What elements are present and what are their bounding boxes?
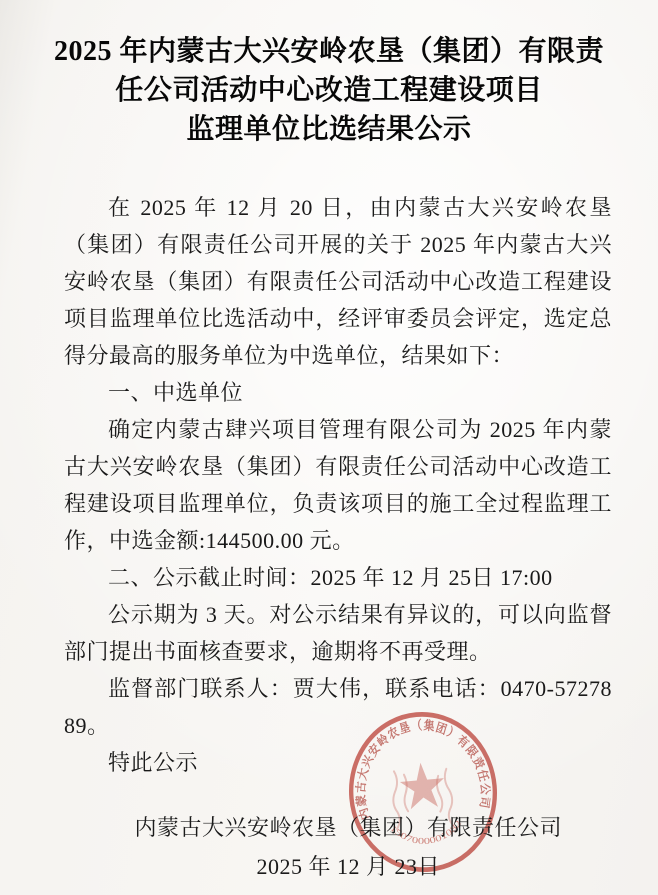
paragraph-closing: 特此公示 <box>64 744 612 781</box>
paragraph-intro: 在 2025 年 12 月 20 日，由内蒙古大兴安岭农垦（集团）有限责任公司开… <box>64 189 612 374</box>
document-body: 在 2025 年 12 月 20 日，由内蒙古大兴安岭农垦（集团）有限责任公司开… <box>0 189 658 886</box>
paragraph-contact: 监督部门联系人：贾大伟，联系电话：0470-5727889。 <box>64 670 612 744</box>
title-line-3: 监理单位比选结果公示 <box>0 110 658 149</box>
document-title: 2025 年内蒙古大兴安岭农垦（集团）有限责 任公司活动中心改造工程建设项目 监… <box>0 0 658 149</box>
signature-date: 2025 年 12 月 23日 <box>134 847 562 886</box>
signature-block: 内蒙古大兴安岭农垦（集团）有限责任公司 2025 年 12 月 23日 <box>134 808 562 886</box>
title-line-2: 任公司活动中心改造工程建设项目 <box>0 71 658 110</box>
heading-deadline: 二、公示截止时间：2025 年 12 月 25日 17:00 <box>64 559 612 596</box>
title-line-1: 2025 年内蒙古大兴安岭农垦（集团）有限责 <box>0 32 658 71</box>
paragraph-objection: 公示期为 3 天。对公示结果有异议的，可以向监督部门提出书面核查要求，逾期将不再… <box>64 596 612 670</box>
heading-selected-unit: 一、中选单位 <box>64 374 612 411</box>
signature-company: 内蒙古大兴安岭农垦（集团）有限责任公司 <box>134 808 562 847</box>
document-page: 2025 年内蒙古大兴安岭农垦（集团）有限责 任公司活动中心改造工程建设项目 监… <box>0 0 658 895</box>
paragraph-selected-unit: 确定内蒙古肆兴项目管理有限公司为 2025 年内蒙古大兴安岭农垦（集团）有限责任… <box>64 411 612 559</box>
